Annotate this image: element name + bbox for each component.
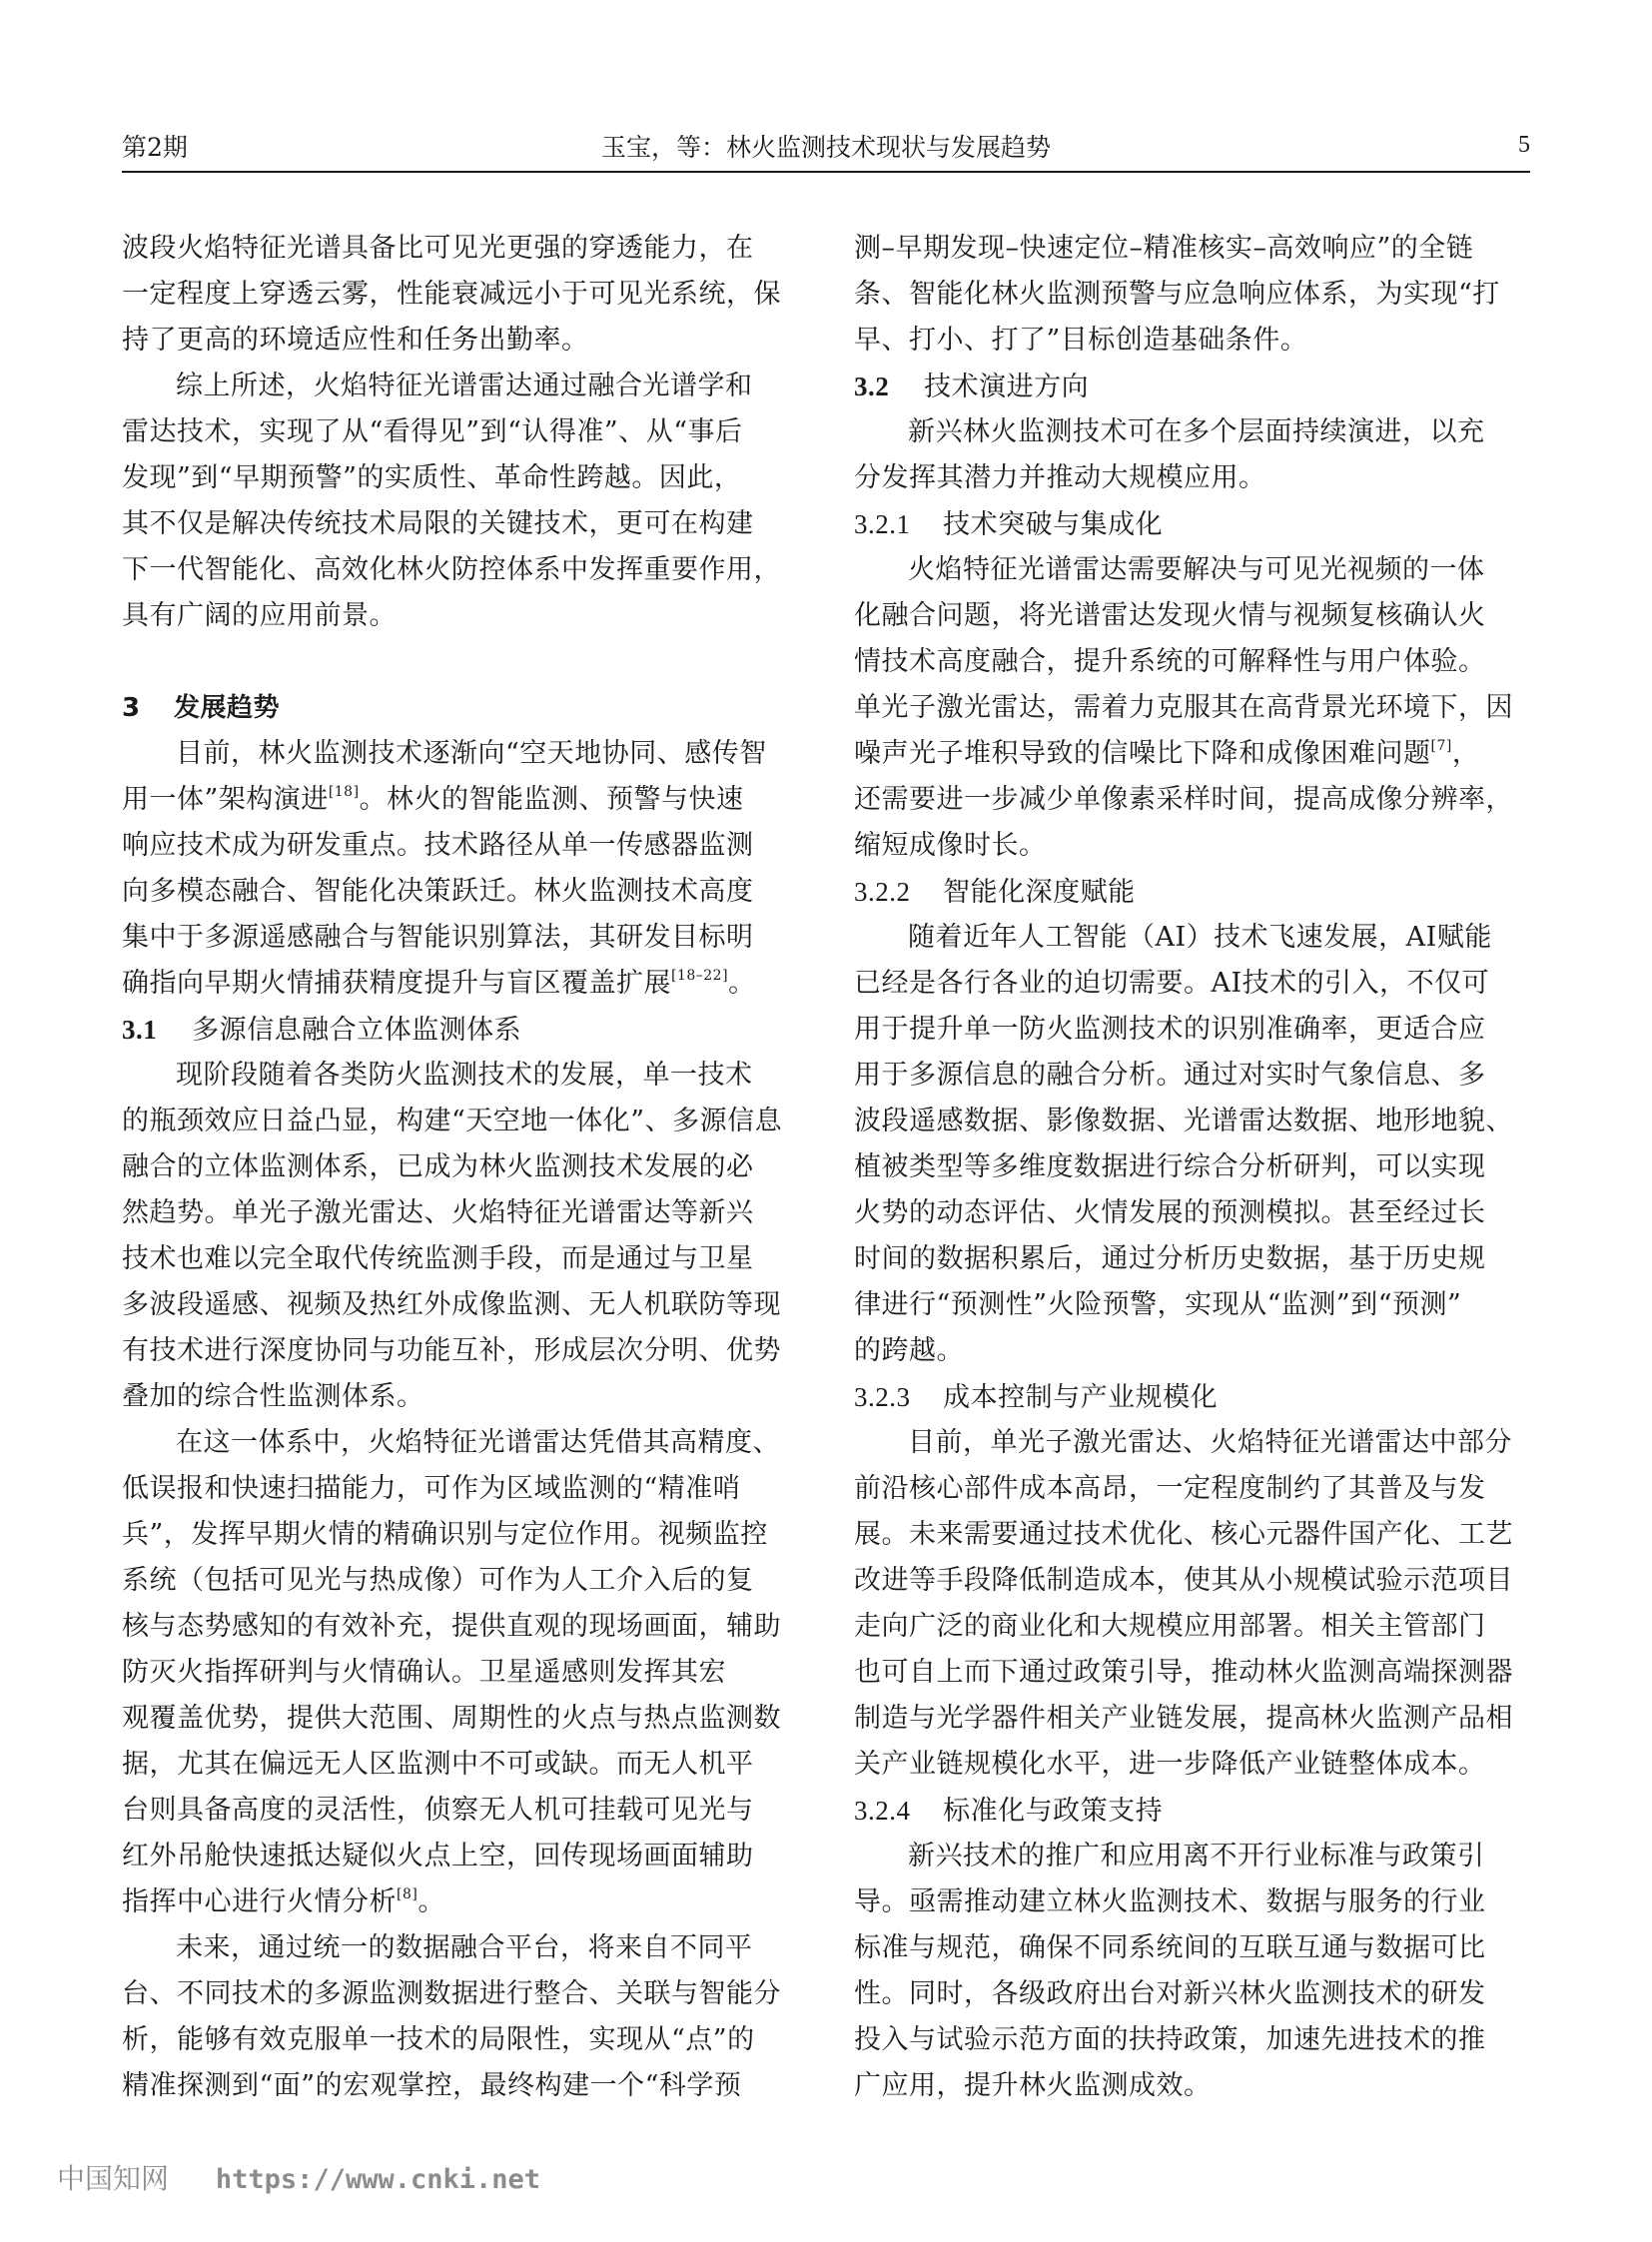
text-line: 一定程度上穿透云雾，性能衰减远小于可见光系统，保 <box>122 272 821 318</box>
paragraph: 综上所述，火焰特征光谱雷达通过融合光谱学和 雷达技术，实现了从“看得见”到“认得… <box>122 364 821 639</box>
text-line: 测–早期发现–快速定位–精准核实–高效响应”的全链 <box>854 226 1533 272</box>
text-line: 有技术进行深度协同与功能互补，形成层次分明、优势 <box>122 1328 821 1374</box>
paragraph: 未来，通过统一的数据融合平台，将来自不同平 台、不同技术的多源监测数据进行整合、… <box>122 1925 821 2109</box>
text-line: 多波段遥感、视频及热红外成像监测、无人机联防等现 <box>122 1282 821 1328</box>
text-line: 兵”，发挥早期火情的精确识别与定位作用。视频监控 <box>122 1512 821 1558</box>
paragraph: 新兴技术的推广和应用离不开行业标准与政策引 导。亟需推动建立林火监测技术、数据与… <box>854 1834 1533 2109</box>
citation[interactable]: [8] <box>397 1886 417 1902</box>
watermark-url[interactable]: https://www.cnki.net <box>216 2164 540 2195</box>
text-line: 综上所述，火焰特征光谱雷达通过融合光谱学和 <box>122 364 821 409</box>
paragraph: 火焰特征光谱雷达需要解决与可见光视频的一体 化融合问题，将光谱雷达发现火情与视频… <box>854 547 1533 869</box>
text-line: 融合的立体监测体系，已成为林火监测技术发展的必 <box>122 1144 821 1190</box>
text-line: 下一代智能化、高效化林火防控体系中发挥重要作用， <box>122 547 821 593</box>
text-line: 制造与光学器件相关产业链发展，提高林火监测产品相 <box>854 1696 1533 1742</box>
text-line: 防灭火指挥研判与火情确认。卫星遥感则发挥其宏 <box>122 1650 821 1696</box>
text-line: 发现”到“早期预警”的实质性、革命性跨越。因此， <box>122 455 821 501</box>
text-line: 红外吊舱快速抵达疑似火点上空，回传现场画面辅助 <box>122 1834 821 1879</box>
text-line: 改进等手段降低制造成本，使其从小规模试验示范项目 <box>854 1558 1533 1604</box>
paragraph: 随着近年人工智能（AI）技术飞速发展，AI赋能 已经是各行各业的迫切需要。AI技… <box>854 915 1533 1374</box>
text-line: 台则具备高度的灵活性，侦察无人机可挂载可见光与 <box>122 1788 821 1834</box>
text-line: 分发挥其潜力并推动大规模应用。 <box>854 455 1533 501</box>
text-line: 观覆盖优势，提供大范围、周期性的火点与热点监测数 <box>122 1696 821 1742</box>
text-span: 确指向早期火情捕获精度提升与盲区覆盖扩展 <box>122 968 671 999</box>
text-line: 缩短成像时长。 <box>854 823 1533 869</box>
text-line: 系统（包括可见光与热成像）可作为人工介入后的复 <box>122 1558 821 1604</box>
text-line: 展。未来需要通过技术优化、核心元器件国产化、工艺 <box>854 1512 1533 1558</box>
text-line: 用于多源信息的融合分析。通过对实时气象信息、多 <box>854 1053 1533 1099</box>
text-line: 也可自上而下通过政策引导，推动林火监测高端探测器 <box>854 1650 1533 1696</box>
watermark-name: 中国知网 <box>57 2157 207 2197</box>
text-line: 具有广阔的应用前景。 <box>122 593 821 639</box>
text-span: 噪声光子堆积导致的信噪比下降和成像困难问题 <box>854 738 1431 769</box>
text-line: 确指向早期火情捕获精度提升与盲区覆盖扩展[18–22]。 <box>122 961 821 1007</box>
text-line: 低误报和快速扫描能力，可作为区域监测的“精准哨 <box>122 1466 821 1512</box>
section-heading-3-2-3: 3.2.3 成本控制与产业规模化 <box>854 1374 1533 1420</box>
text-line: 已经是各行各业的迫切需要。AI技术的引入，不仅可 <box>854 961 1533 1007</box>
section-number: 3.2.4 <box>854 1788 934 1834</box>
text-span: 指挥中心进行火情分析 <box>122 1886 397 1917</box>
text-span: ， <box>1452 738 1480 769</box>
text-line: 目前，单光子激光雷达、火焰特征光谱雷达中部分 <box>854 1420 1533 1466</box>
text-line: 噪声光子堆积导致的信噪比下降和成像困难问题[7]， <box>854 731 1533 777</box>
section-title: 技术演进方向 <box>924 372 1089 402</box>
text-line: 用一体”架构演进[18]。林火的智能监测、预警与快速 <box>122 777 821 823</box>
text-line: 核与态势感知的有效补充，提供直观的现场画面，辅助 <box>122 1604 821 1650</box>
paragraph: 波段火焰特征光谱具备比可见光更强的穿透能力，在 一定程度上穿透云雾，性能衰减远小… <box>122 226 821 364</box>
section-heading-3-2-4: 3.2.4 标准化与政策支持 <box>854 1788 1533 1834</box>
text-line: 化融合问题，将光谱雷达发现火情与视频复核确认火 <box>854 593 1533 639</box>
text-line: 波段火焰特征光谱具备比可见光更强的穿透能力，在 <box>122 226 821 272</box>
text-line: 导。亟需推动建立林火监测技术、数据与服务的行业 <box>854 1879 1533 1925</box>
cnki-watermark: 中国知网 https://www.cnki.net <box>57 2157 540 2197</box>
left-column: 波段火焰特征光谱具备比可见光更强的穿透能力，在 一定程度上穿透云雾，性能衰减远小… <box>122 226 821 2109</box>
citation[interactable]: [7] <box>1431 738 1452 754</box>
paragraph: 现阶段随着各类防火监测技术的发展，单一技术 的瓶颈效应日益凸显，构建“天空地一体… <box>122 1053 821 1420</box>
running-head: 第2期 玉宝，等：林火监测技术现状与发展趋势 5 <box>122 128 1530 168</box>
text-line: 早、打小、打了”目标创造基础条件。 <box>854 318 1533 364</box>
text-line: 的瓶颈效应日益凸显，构建“天空地一体化”、多源信息 <box>122 1099 821 1144</box>
text-line: 标准与规范，确保不同系统间的互联互通与数据可比 <box>854 1925 1533 1971</box>
text-line: 台、不同技术的多源监测数据进行整合、关联与智能分 <box>122 1971 821 2017</box>
text-line: 性。同时，各级政府出台对新兴林火监测技术的研发 <box>854 1971 1533 2017</box>
section-heading-3-2-2: 3.2.2 智能化深度赋能 <box>854 869 1533 915</box>
text-line: 现阶段随着各类防火监测技术的发展，单一技术 <box>122 1053 821 1099</box>
paragraph: 在这一体系中，火焰特征光谱雷达凭借其高精度、 低误报和快速扫描能力，可作为区域监… <box>122 1420 821 1925</box>
text-line: 随着近年人工智能（AI）技术飞速发展，AI赋能 <box>854 915 1533 961</box>
section-heading-3-2: 3.2 技术演进方向 <box>854 364 1533 409</box>
text-line: 前沿核心部件成本高昂，一定程度制约了其普及与发 <box>854 1466 1533 1512</box>
text-line: 时间的数据积累后，通过分析历史数据，基于历史规 <box>854 1236 1533 1282</box>
section-number: 3 <box>122 685 174 731</box>
section-number: 3.2 <box>854 364 906 409</box>
text-line: 条、智能化林火监测预警与应急响应体系，为实现“打 <box>854 272 1533 318</box>
text-line: 火焰特征光谱雷达需要解决与可见光视频的一体 <box>854 547 1533 593</box>
text-line: 的跨越。 <box>854 1328 1533 1374</box>
text-line: 火势的动态评估、火情发展的预测模拟。甚至经过长 <box>854 1190 1533 1236</box>
right-column: 测–早期发现–快速定位–精准核实–高效响应”的全链 条、智能化林火监测预警与应急… <box>854 226 1533 2109</box>
header-rule <box>122 171 1530 173</box>
text-line: 向多模态融合、智能化决策跃迁。林火监测技术高度 <box>122 869 821 915</box>
text-span: 。 <box>417 1886 445 1917</box>
text-line: 广应用，提升林火监测成效。 <box>854 2063 1533 2109</box>
section-title: 技术突破与集成化 <box>943 509 1163 540</box>
text-line: 然趋势。单光子激光雷达、火焰特征光谱雷达等新兴 <box>122 1190 821 1236</box>
paragraph: 新兴林火监测技术可在多个层面持续演进，以充 分发挥其潜力并推动大规模应用。 <box>854 409 1533 501</box>
text-line: 未来，通过统一的数据融合平台，将来自不同平 <box>122 1925 821 1971</box>
text-line: 响应技术成为研发重点。技术路径从单一传感器监测 <box>122 823 821 869</box>
section-title: 智能化深度赋能 <box>943 877 1136 908</box>
section-number: 3.2.3 <box>854 1374 934 1420</box>
section-title: 多源信息融合立体监测体系 <box>192 1015 521 1046</box>
text-line: 技术也难以完全取代传统监测手段，而是通过与卫星 <box>122 1236 821 1282</box>
spacer <box>122 639 821 685</box>
section-title: 成本控制与产业规模化 <box>943 1382 1218 1413</box>
section-title: 标准化与政策支持 <box>943 1796 1163 1827</box>
text-line: 律进行“预测性”火险预警，实现从“监测”到“预测” <box>854 1282 1533 1328</box>
text-line: 走向广泛的商业化和大规模应用部署。相关主管部门 <box>854 1604 1533 1650</box>
text-line: 叠加的综合性监测体系。 <box>122 1374 821 1420</box>
text-line: 精准探测到“面”的宏观掌控，最终构建一个“科学预 <box>122 2063 821 2109</box>
running-title: 玉宝，等：林火监测技术现状与发展趋势 <box>122 128 1530 164</box>
section-number: 3.1 <box>122 1007 174 1053</box>
paragraph: 目前，单光子激光雷达、火焰特征光谱雷达中部分 前沿核心部件成本高昂，一定程度制约… <box>854 1420 1533 1788</box>
text-line: 投入与试验示范方面的扶持政策，加速先进技术的推 <box>854 2017 1533 2063</box>
section-number: 3.2.1 <box>854 501 934 547</box>
paragraph: 目前，林火监测技术逐渐向“空天地协同、感传智 用一体”架构演进[18]。林火的智… <box>122 731 821 1007</box>
text-span: 。 <box>728 968 756 999</box>
text-line: 关产业链规模化水平，进一步降低产业链整体成本。 <box>854 1742 1533 1788</box>
text-line: 指挥中心进行火情分析[8]。 <box>122 1879 821 1925</box>
citation[interactable]: [18] <box>329 784 360 800</box>
text-line: 据，尤其在偏远无人区监测中不可或缺。而无人机平 <box>122 1742 821 1788</box>
text-line: 单光子激光雷达，需着力克服其在高背景光环境下，因 <box>854 685 1533 731</box>
text-line: 析，能够有效克服单一技术的局限性，实现从“点”的 <box>122 2017 821 2063</box>
text-line: 其不仅是解决传统技术局限的关键技术，更可在构建 <box>122 501 821 547</box>
text-line: 在这一体系中，火焰特征光谱雷达凭借其高精度、 <box>122 1420 821 1466</box>
section-heading-3-1: 3.1 多源信息融合立体监测体系 <box>122 1007 821 1053</box>
text-line: 新兴林火监测技术可在多个层面持续演进，以充 <box>854 409 1533 455</box>
citation[interactable]: [18–22] <box>671 968 728 984</box>
section-heading-3-2-1: 3.2.1 技术突破与集成化 <box>854 501 1533 547</box>
section-heading-3: 3发展趋势 <box>122 685 821 731</box>
section-number: 3.2.2 <box>854 869 934 915</box>
text-line: 新兴技术的推广和应用离不开行业标准与政策引 <box>854 1834 1533 1879</box>
section-title: 发展趋势 <box>174 693 280 723</box>
paragraph: 测–早期发现–快速定位–精准核实–高效响应”的全链 条、智能化林火监测预警与应急… <box>854 226 1533 364</box>
text-line: 雷达技术，实现了从“看得见”到“认得准”、从“事后 <box>122 409 821 455</box>
text-line: 情技术高度融合，提升系统的可解释性与用户体验。 <box>854 639 1533 685</box>
text-line: 还需要进一步减少单像素采样时间，提高成像分辨率， <box>854 777 1533 823</box>
text-line: 持了更高的环境适应性和任务出勤率。 <box>122 318 821 364</box>
page-number: 5 <box>1518 132 1530 159</box>
text-span: 用一体”架构演进 <box>122 784 329 815</box>
text-span: 。林火的智能监测、预警与快速 <box>360 784 744 815</box>
text-line: 用于提升单一防火监测技术的识别准确率，更适合应 <box>854 1007 1533 1053</box>
text-line: 目前，林火监测技术逐渐向“空天地协同、感传智 <box>122 731 821 777</box>
text-line: 植被类型等多维度数据进行综合分析研判，可以实现 <box>854 1144 1533 1190</box>
text-line: 波段遥感数据、影像数据、光谱雷达数据、地形地貌、 <box>854 1099 1533 1144</box>
text-line: 集中于多源遥感融合与智能识别算法，其研发目标明 <box>122 915 821 961</box>
